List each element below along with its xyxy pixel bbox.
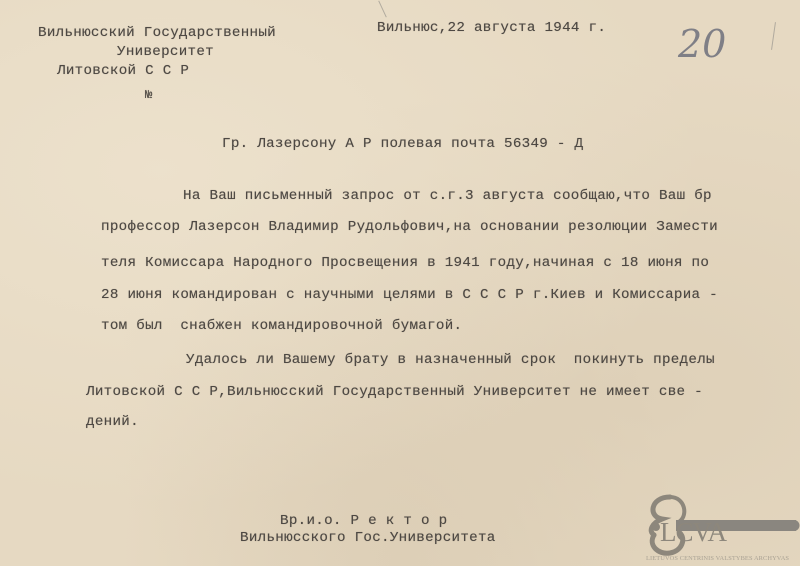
- letterhead-line-3: Литовской С С Р: [57, 63, 189, 79]
- letterhead-line-1: Вильнюсский Государственный: [38, 25, 276, 41]
- letterhead-number-sign: №: [145, 88, 153, 102]
- dateline: Вильнюс,22 августа 1944 г.: [377, 20, 606, 36]
- pencil-stroke-mark: [378, 1, 387, 18]
- archival-letter-page: Вильнюсский Государственный Университет …: [0, 0, 800, 566]
- handwritten-page-number: 20: [678, 22, 726, 66]
- body-line-8: дений.: [86, 414, 139, 430]
- body-line-6: Удалось ли Вашему брату в назначенный ср…: [186, 352, 715, 368]
- lcva-logo-text: LCVA: [660, 517, 726, 548]
- addressee-line: Гр. Лазерсону А Р полевая почта 56349 - …: [222, 136, 583, 152]
- body-line-1: На Ваш письменный запрос от с.г.3 август…: [183, 188, 712, 204]
- body-line-4: 28 июня командирован с научными целями в…: [101, 287, 718, 303]
- body-line-2: профессор Лазерсон Владимир Рудольфович,…: [101, 219, 718, 235]
- letterhead-line-2: Университет: [117, 44, 214, 60]
- body-line-5: том был снабжен командировочной бумагой.: [101, 318, 462, 334]
- lcva-letters: LCVA: [660, 517, 726, 547]
- pencil-stroke-mark: [771, 22, 776, 50]
- lcva-archive-subtitle: LIETUVOS CENTRINIS VALSTYBES ARCHYVAS: [646, 555, 800, 562]
- signature-title: Вр.и.о. Р е к т о р: [280, 513, 447, 529]
- body-line-7: Литовской С С Р,Вильнюсский Государствен…: [86, 384, 703, 400]
- body-line-3: теля Комиссара Народного Просвещения в 1…: [101, 255, 709, 271]
- signature-institution: Вильнюсского Гос.Университета: [240, 530, 496, 546]
